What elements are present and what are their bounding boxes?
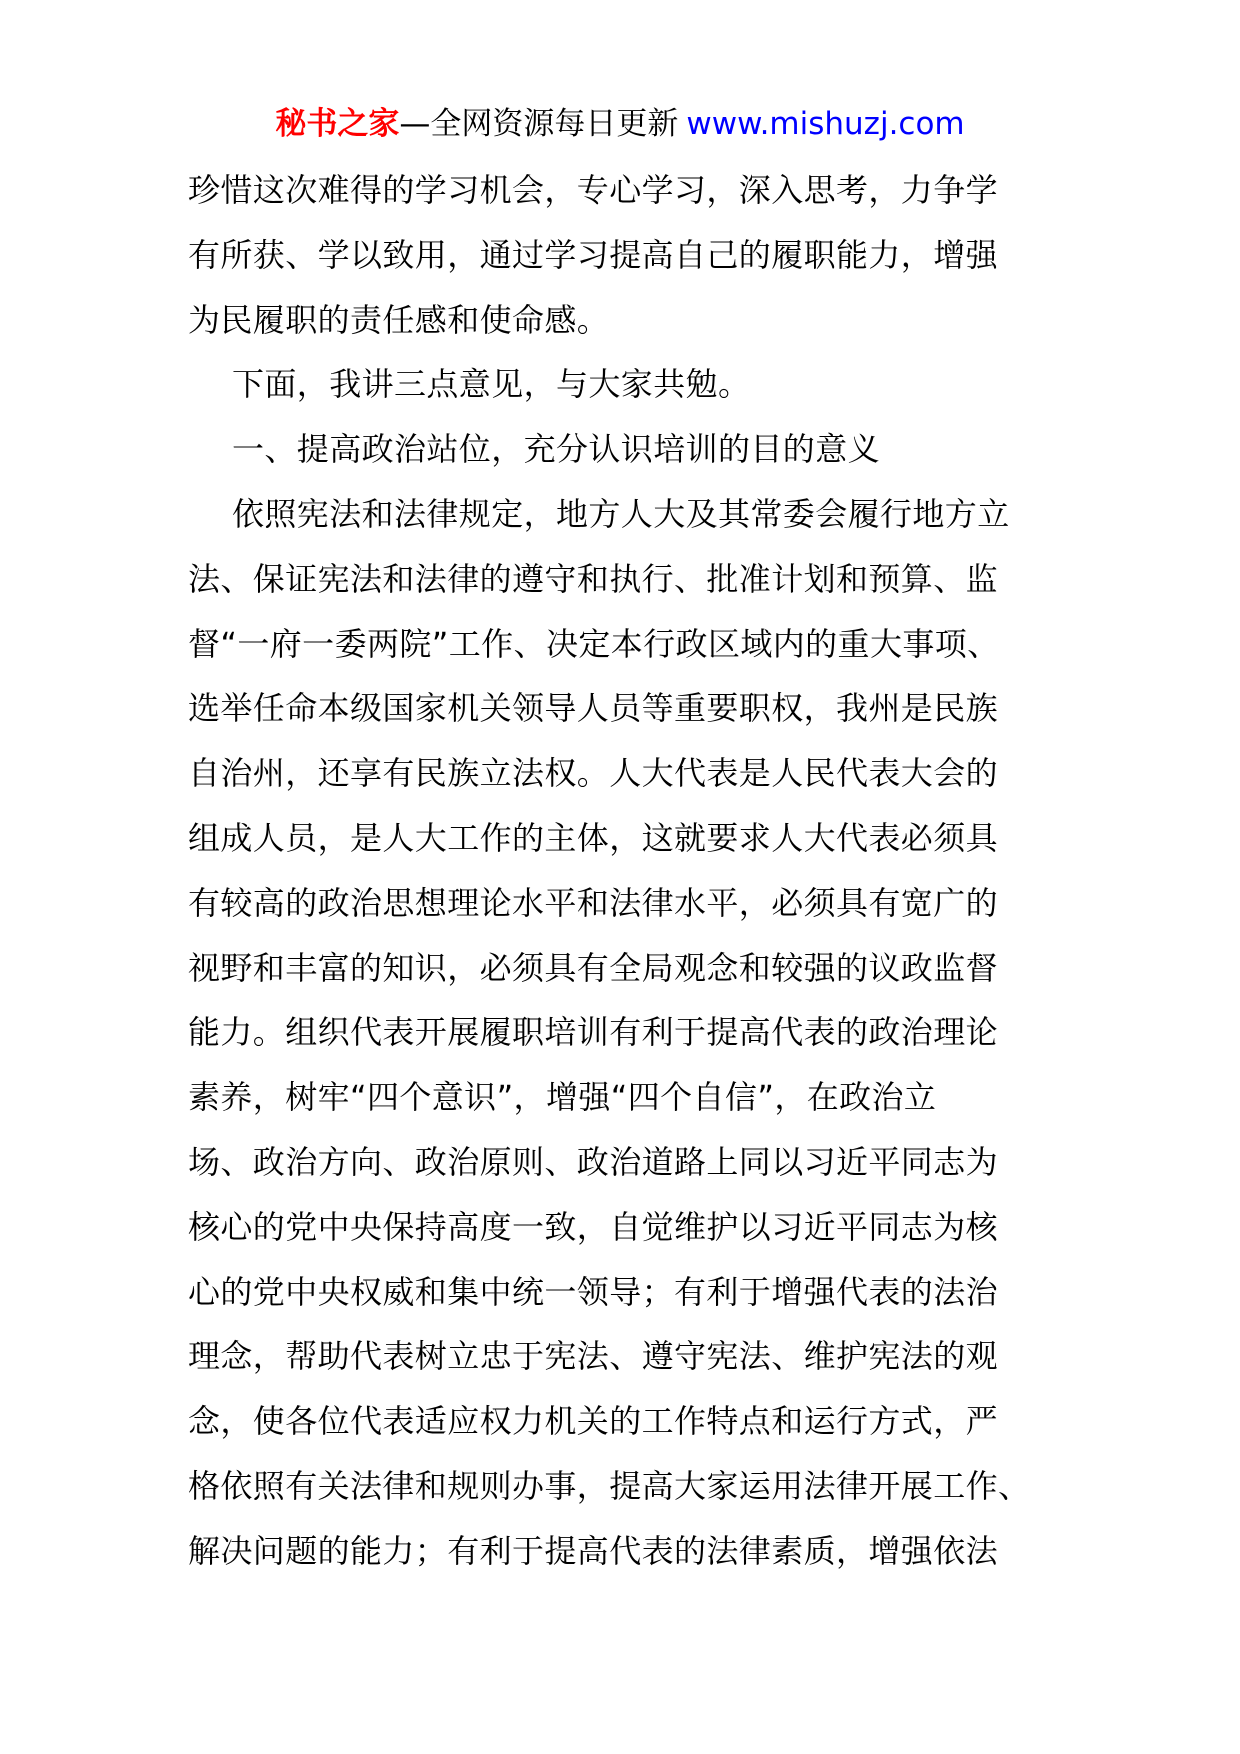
text-line: 能力。组织代表开展履职培训有利于提高代表的政治理论 — [188, 1000, 1058, 1065]
text-line: 有较高的政治思想理论水平和法律水平，必须具有宽广的 — [188, 871, 1058, 936]
text-line: 核心的党中央保持高度一致，自觉维护以习近平同志为核 — [188, 1195, 1058, 1260]
text-line: 为民履职的责任感和使命感。 — [188, 288, 1058, 353]
text-line: 督“一府一委两院”工作、决定本行政区域内的重大事项、 — [188, 612, 1058, 677]
brand-name: 秘书之家 — [275, 106, 399, 142]
text-line: 有所获、学以致用，通过学习提高自己的履职能力，增强 — [188, 223, 1058, 288]
site-url: www.mishuzj.com — [686, 106, 964, 142]
text-line: 珍惜这次难得的学习机会，专心学习，深入思考，力争学 — [188, 158, 1058, 223]
page-header-banner: 秘书之家—全网资源每日更新www.mishuzj.com — [0, 104, 1240, 144]
section-heading: 一、提高政治站位，充分认识培训的目的意义 — [188, 417, 1058, 482]
text-line: 场、政治方向、政治原则、政治道路上同以习近平同志为 — [188, 1130, 1058, 1195]
text-line: 格依照有关法律和规则办事，提高大家运用法律开展工作、 — [188, 1454, 1058, 1519]
text-line: 组成人员，是人大工作的主体，这就要求人大代表必须具 — [188, 806, 1058, 871]
text-line: 自治州，还享有民族立法权。人大代表是人民代表大会的 — [188, 741, 1058, 806]
header-slogan: —全网资源每日更新 — [399, 106, 678, 142]
text-line: 念，使各位代表适应权力机关的工作特点和运行方式，严 — [188, 1389, 1058, 1454]
text-line: 心的党中央权威和集中统一领导；有利于增强代表的法治 — [188, 1260, 1058, 1325]
text-line: 下面，我讲三点意见，与大家共勉。 — [188, 352, 1058, 417]
document-page: 秘书之家—全网资源每日更新www.mishuzj.com 珍惜这次难得的学习机会… — [0, 0, 1240, 1754]
text-line: 素养，树牢“四个意识”，增强“四个自信”，在政治立 — [188, 1065, 1058, 1130]
text-line: 理念，帮助代表树立忠于宪法、遵守宪法、维护宪法的观 — [188, 1324, 1058, 1389]
text-line: 解决问题的能力；有利于提高代表的法律素质，增强依法 — [188, 1519, 1058, 1584]
text-line: 依照宪法和法律规定，地方人大及其常委会履行地方立 — [188, 482, 1058, 547]
text-line: 法、保证宪法和法律的遵守和执行、批准计划和预算、监 — [188, 547, 1058, 612]
document-body: 珍惜这次难得的学习机会，专心学习，深入思考，力争学 有所获、学以致用，通过学习提… — [188, 158, 1058, 1584]
text-line: 视野和丰富的知识，必须具有全局观念和较强的议政监督 — [188, 936, 1058, 1001]
text-line: 选举任命本级国家机关领导人员等重要职权，我州是民族 — [188, 676, 1058, 741]
